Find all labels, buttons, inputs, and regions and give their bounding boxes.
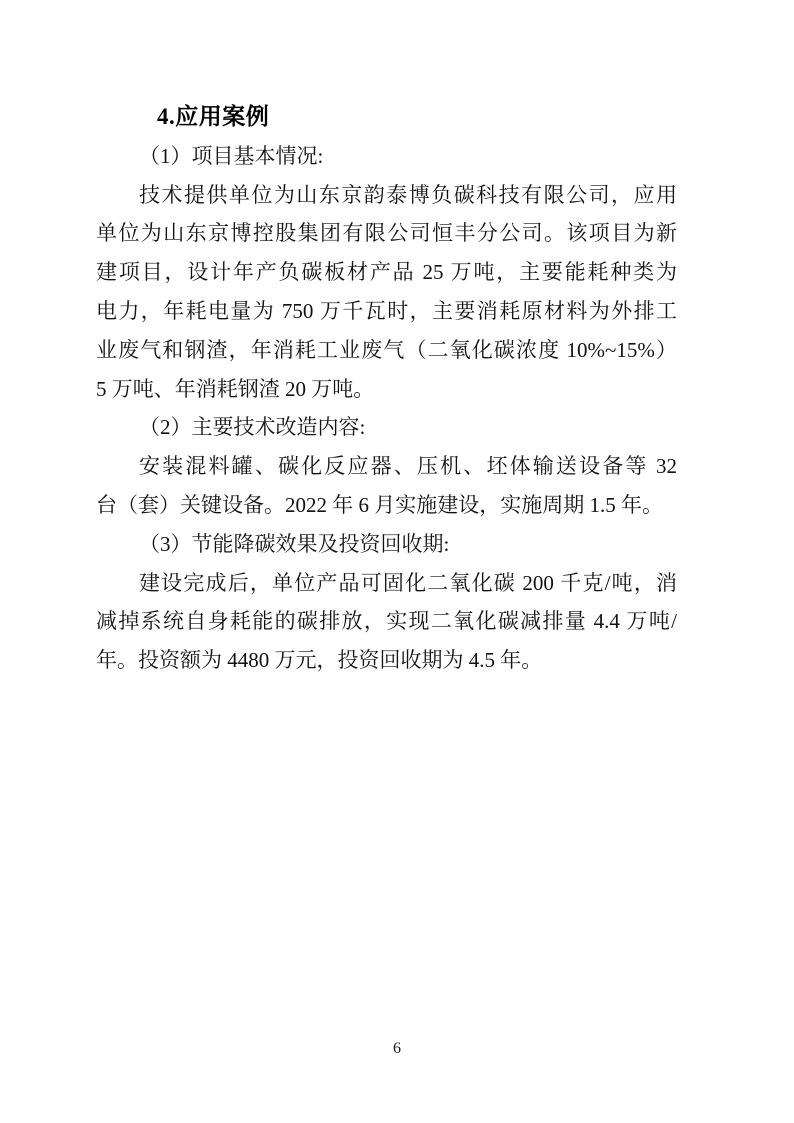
section-heading: 4.应用案例	[96, 98, 677, 137]
paragraph: 技术提供单位为山东京韵泰博负碳科技有限公司，应用单位为山东京博控股集团有限公司恒…	[96, 176, 677, 409]
text-line: （3）节能降碳效果及投资回收期:	[96, 525, 677, 564]
text-line: 台（套）关键设备。2022 年 6 月实施建设，实施周期 1.5 年。	[96, 486, 677, 525]
page-footer: 6	[0, 1040, 794, 1058]
document-page: 4.应用案例（1）项目基本情况:技术提供单位为山东京韵泰博负碳科技有限公司，应用…	[0, 0, 794, 1123]
text-line: 减掉系统自身耗能的碳排放，实现二氧化碳减排量 4.4 万吨/	[96, 602, 677, 641]
paragraph: 安装混料罐、碳化反应器、压机、坯体输送设备等 32台（套）关键设备。2022 年…	[96, 447, 677, 525]
text-line: 电力，年耗电量为 750 万千瓦时，主要消耗原材料为外排工	[96, 292, 677, 331]
text-line: 业废气和钢渣，年消耗工业废气（二氧化碳浓度 10%~15%）	[96, 331, 677, 370]
text-line: （1）项目基本情况:	[96, 137, 677, 176]
text-line: 建项目，设计年产负碳板材产品 25 万吨，主要能耗种类为	[96, 253, 677, 292]
text-line: 建设完成后，单位产品可固化二氧化碳 200 千克/吨，消	[96, 564, 677, 603]
page-number: 6	[393, 1040, 401, 1057]
section-subheading: （3）节能降碳效果及投资回收期:	[96, 525, 677, 564]
text-line: （2）主要技术改造内容:	[96, 408, 677, 447]
text-line: 5 万吨、年消耗钢渣 20 万吨。	[96, 370, 677, 409]
section-subheading: （2）主要技术改造内容:	[96, 408, 677, 447]
text-line: 技术提供单位为山东京韵泰博负碳科技有限公司，应用	[96, 176, 677, 215]
text-line: 4.应用案例	[96, 98, 677, 137]
document-content: 4.应用案例（1）项目基本情况:技术提供单位为山东京韵泰博负碳科技有限公司，应用…	[96, 98, 677, 680]
paragraph: 建设完成后，单位产品可固化二氧化碳 200 千克/吨，消减掉系统自身耗能的碳排放…	[96, 564, 677, 680]
text-line: 单位为山东京博控股集团有限公司恒丰分公司。该项目为新	[96, 214, 677, 253]
text-line: 安装混料罐、碳化反应器、压机、坯体输送设备等 32	[96, 447, 677, 486]
text-line: 年。投资额为 4480 万元，投资回收期为 4.5 年。	[96, 641, 677, 680]
section-subheading: （1）项目基本情况:	[96, 137, 677, 176]
